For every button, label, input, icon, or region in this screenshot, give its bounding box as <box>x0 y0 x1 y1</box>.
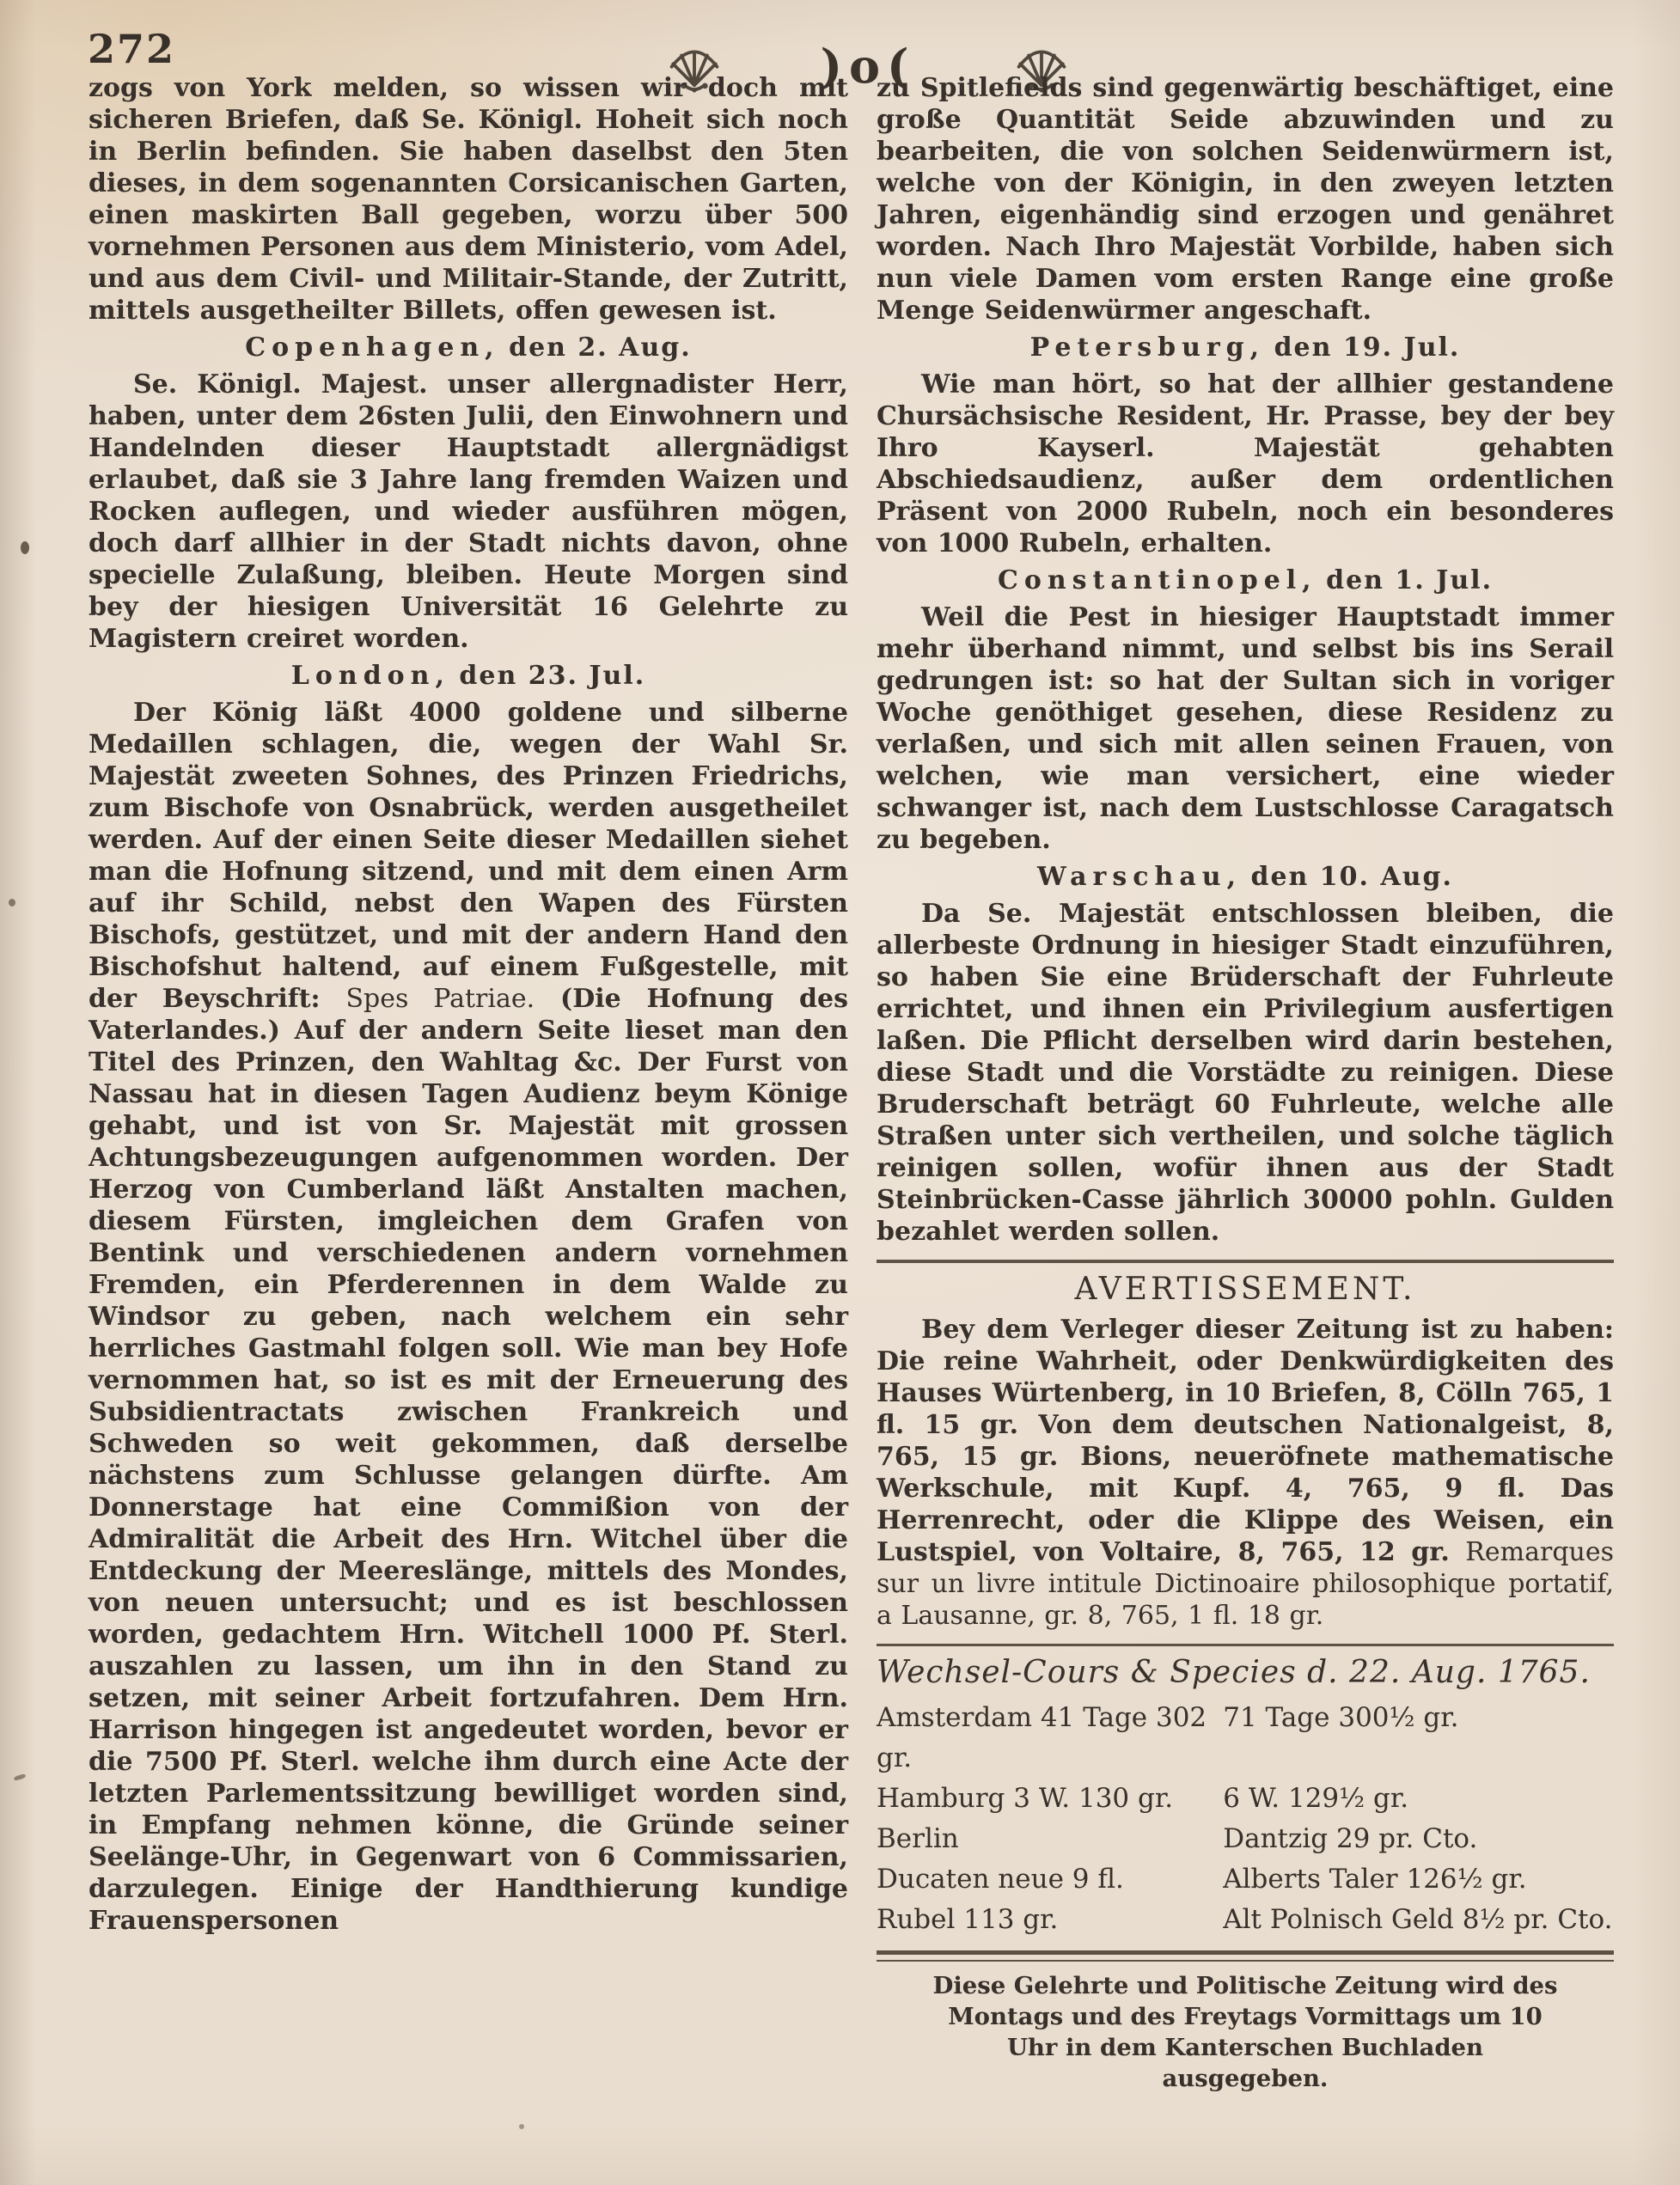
dateline-copenhagen: Copenhagen, den 2. Aug. <box>89 331 848 365</box>
dateline-date: den 23. Jul. <box>459 661 645 691</box>
dateline-constantinopel: Constantinopel, den 1. Jul. <box>877 564 1614 598</box>
dateline-date: den 1. Jul. <box>1326 565 1493 595</box>
dateline-city: Petersburg, <box>1030 333 1266 363</box>
news-paragraph-copenhagen: Se. Königl. Majest. unser allergnadister… <box>89 369 848 655</box>
exchange-cell: 71 Tage 300½ gr. <box>1223 1698 1614 1779</box>
exchange-row: Ducaten neue 9 fl. Alberts Taler 126½ gr… <box>877 1859 1614 1900</box>
left-column: zogs von York melden, so wissen wir doch… <box>89 72 848 1937</box>
publication-footer-note: Diese Gelehrte und Politische Zeitung wi… <box>877 1970 1614 2094</box>
exchange-cell: Amsterdam 41 Tage 302 gr. <box>877 1698 1223 1779</box>
dateline-warschau: Warschau, den 10. Aug. <box>877 860 1614 894</box>
paper-blemish <box>519 2124 524 2129</box>
london-latin-motto: Spes Patriae. <box>345 984 535 1014</box>
dateline-city: Constantinopel, <box>998 565 1317 595</box>
exchange-cell: 6 W. 129½ gr. <box>1223 1779 1614 1819</box>
dateline-date: den 19. Jul. <box>1274 333 1461 363</box>
exchange-row: Hamburg 3 W. 130 gr. 6 W. 129½ gr. <box>877 1779 1614 1819</box>
newspaper-page: 272 )o( zogs von <box>0 0 1680 2185</box>
exchange-cell: Hamburg 3 W. 130 gr. <box>877 1779 1223 1819</box>
exchange-cell: Dantzig 29 pr. Cto. <box>1223 1819 1614 1859</box>
paper-blemish <box>9 899 15 906</box>
dateline-london: London, den 23. Jul. <box>89 659 848 693</box>
footer-rule <box>877 1950 1614 1962</box>
paper-blemish <box>21 541 29 554</box>
section-rule <box>877 1260 1614 1263</box>
avertissement-body: Bey dem Verleger dieser Zeitung ist zu h… <box>877 1314 1614 1632</box>
exchange-table-title: Wechsel-Cours & Species d. 22. Aug. 1765… <box>877 1653 1614 1693</box>
dateline-city: Warschau, <box>1037 862 1242 892</box>
paper-blemish <box>14 1773 27 1781</box>
exchange-cell: Alberts Taler 126½ gr. <box>1223 1859 1614 1900</box>
exchange-row: Rubel 113 gr. Alt Polnisch Geld 8½ pr. C… <box>877 1900 1614 1940</box>
dateline-city: Copenhagen, <box>245 333 499 363</box>
right-column: zu Spitlefields sind gegenwärtig beschäf… <box>877 72 1614 2094</box>
section-rule <box>877 1644 1614 1646</box>
dateline-city: London, <box>291 661 450 691</box>
avertissement-text-fraktur: Bey dem Verleger dieser Zeitung ist zu h… <box>877 1315 1614 1567</box>
exchange-cell: Berlin <box>877 1819 1223 1859</box>
dateline-date: den 2. Aug. <box>509 333 692 363</box>
exchange-row: Amsterdam 41 Tage 302 gr. 71 Tage 300½ g… <box>877 1698 1614 1779</box>
news-paragraph-constantinopel: Weil die Pest in hiesiger Hauptstadt imm… <box>877 601 1614 856</box>
dateline-petersburg: Petersburg, den 19. Jul. <box>877 331 1614 365</box>
exchange-cell: Alt Polnisch Geld 8½ pr. Cto. <box>1223 1900 1614 1940</box>
news-paragraph-london: Der König läßt 4000 goldene und silberne… <box>89 697 848 1937</box>
news-paragraph-warschau: Da Se. Majestät entschlossen bleiben, di… <box>877 898 1614 1248</box>
exchange-row: Berlin Dantzig 29 pr. Cto. <box>877 1819 1614 1859</box>
london-text-fraktur-2: (Die Hofnung des Vaterlandes.) Auf der a… <box>89 984 848 1936</box>
exchange-table: Amsterdam 41 Tage 302 gr. 71 Tage 300½ g… <box>877 1698 1614 1940</box>
news-paragraph-spitalfields-continuation: zu Spitlefields sind gegenwärtig beschäf… <box>877 72 1614 327</box>
dateline-date: den 10. Aug. <box>1250 862 1452 892</box>
london-text-fraktur: Der König läßt 4000 goldene und silberne… <box>89 698 848 1014</box>
news-paragraph-petersburg: Wie man hört, so hat der allhier gestand… <box>877 369 1614 559</box>
exchange-cell: Rubel 113 gr. <box>877 1900 1223 1940</box>
page-number: 272 <box>88 26 175 72</box>
avertissement-title: AVERTISSEMENT. <box>877 1272 1614 1307</box>
exchange-cell: Ducaten neue 9 fl. <box>877 1859 1223 1900</box>
news-paragraph-berlin-continuation: zogs von York melden, so wissen wir doch… <box>89 72 848 327</box>
